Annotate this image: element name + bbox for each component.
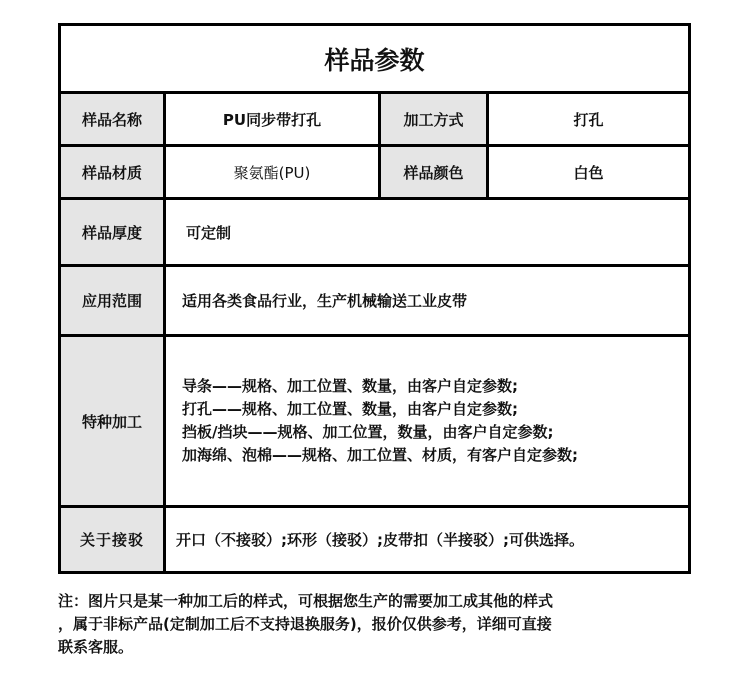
footnote-line: 注：图片只是某一种加工后的样式，可根据您生产的需要加工成其他的样式	[58, 590, 698, 613]
table-title: 样品参数	[61, 26, 688, 94]
footnote: 注：图片只是某一种加工后的样式，可根据您生产的需要加工成其他的样式 ，属于非标产…	[58, 590, 698, 659]
value-processing-method: 打孔	[489, 94, 688, 144]
table-row: 应用范围 适用各类食品行业，生产机械输送工业皮带	[61, 267, 688, 337]
value-sample-color: 白色	[489, 147, 688, 197]
label-sample-color: 样品颜色	[381, 147, 489, 197]
table-row: 特种加工 导条——规格、加工位置、数量，由客户自定参数; 打孔——规格、加工位置…	[61, 337, 688, 508]
value-application-range: 适用各类食品行业，生产机械输送工业皮带	[166, 267, 688, 334]
table-row: 样品材质 聚氨酯(PU) 样品颜色 白色	[61, 147, 688, 200]
value-sample-material: 聚氨酯(PU)	[166, 147, 381, 197]
footnote-line: 联系客服。	[58, 636, 698, 659]
special-processing-line: 加海绵、泡棉——规格、加工位置、材质，有客户自定参数;	[182, 444, 578, 467]
table-row: 样品厚度 可定制	[61, 200, 688, 267]
special-processing-line: 挡板/挡块——规格、加工位置，数量，由客户自定参数;	[182, 421, 553, 444]
label-joining: 关于接驳	[61, 508, 166, 571]
value-sample-name: PU同步带打孔	[166, 94, 381, 144]
label-sample-thickness: 样品厚度	[61, 200, 166, 264]
sample-parameters-table: 样品参数 样品名称 PU同步带打孔 加工方式 打孔 样品材质 聚氨酯(PU) 样…	[58, 23, 691, 574]
value-sample-thickness: 可定制	[166, 200, 688, 264]
label-special-processing: 特种加工	[61, 337, 166, 505]
table-row: 关于接驳 开口（不接驳）;环形（接驳）;皮带扣（半接驳）;可供选择。	[61, 508, 688, 571]
special-processing-line: 打孔——规格、加工位置、数量，由客户自定参数;	[182, 398, 518, 421]
table-row: 样品名称 PU同步带打孔 加工方式 打孔	[61, 94, 688, 147]
special-processing-line: 导条——规格、加工位置、数量，由客户自定参数;	[182, 375, 518, 398]
label-application-range: 应用范围	[61, 267, 166, 334]
value-joining: 开口（不接驳）;环形（接驳）;皮带扣（半接驳）;可供选择。	[166, 508, 688, 571]
label-processing-method: 加工方式	[381, 94, 489, 144]
footnote-line: ，属于非标产品(定制加工后不支持退换服务)，报价仅供参考，详细可直接	[58, 613, 698, 636]
label-sample-material: 样品材质	[61, 147, 166, 197]
value-special-processing: 导条——规格、加工位置、数量，由客户自定参数; 打孔——规格、加工位置、数量，由…	[166, 337, 688, 505]
label-sample-name: 样品名称	[61, 94, 166, 144]
